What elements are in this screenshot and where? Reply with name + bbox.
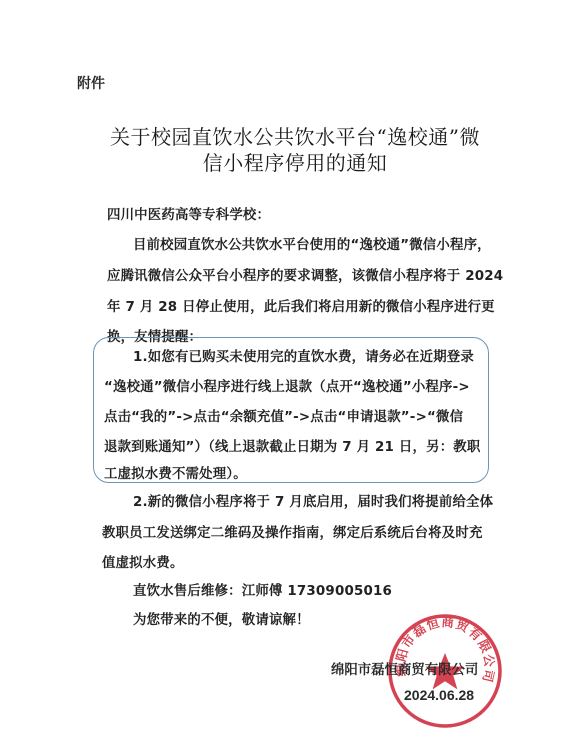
attachment-label: 附件 — [77, 73, 105, 93]
document-page: 附件 关于校园直饮水公共饮水平台“逸校通”微 信小程序停用的通知 四川中医药高等… — [0, 0, 581, 740]
signature-date: 2024.06.28 — [404, 687, 474, 703]
item2-line-3: 值虚拟水费。 — [102, 552, 184, 571]
intro-line-2: 应腾讯微信公众平台小程序的要求调整，该微信小程序将于 2024 — [107, 265, 503, 284]
notice-line-2: “逸校通”微信小程序进行线上退款（点开“逸校通”小程序-> — [104, 376, 470, 395]
document-title-line-2: 信小程序停用的通知 — [60, 147, 530, 176]
intro-line-1: 目前校园直饮水公共饮水平台使用的“逸校通”微信小程序， — [133, 234, 491, 253]
intro-line-3: 年 7 月 28 日停止使用，此后我们将启用新的微信小程序进行更 — [107, 296, 495, 315]
company-signature: 绵阳市磊恒商贸有限公司 — [331, 659, 478, 678]
item2-line-2: 教职员工发送绑定二维码及操作指南，绑定后系统后台将及时充 — [102, 522, 483, 541]
document-title-line-1: 关于校园直饮水公共饮水平台“逸校通”微 — [60, 121, 530, 150]
addressee: 四川中医药高等专科学校： — [107, 204, 270, 223]
notice-line-5: 工虚拟水费不需处理）。 — [104, 463, 247, 482]
apology-line: 为您带来的不便，敬请谅解！ — [133, 609, 310, 628]
service-contact: 直饮水售后维修：江师傅 17309005016 — [133, 580, 392, 599]
notice-line-4: 退款到账通知”）（线上退款截止日期为 7 月 21 日，另：教职 — [104, 436, 480, 455]
item2-line-1: 2.新的微信小程序将于 7 月底启用，届时我们将提前给全体 — [133, 491, 493, 510]
notice-line-1: 1.如您有已购买未使用完的直饮水费，请务必在近期登录 — [133, 346, 474, 365]
notice-line-3: 点击“我的”->点击“余额充值”->点击“申请退款”->“微信 — [104, 406, 463, 425]
